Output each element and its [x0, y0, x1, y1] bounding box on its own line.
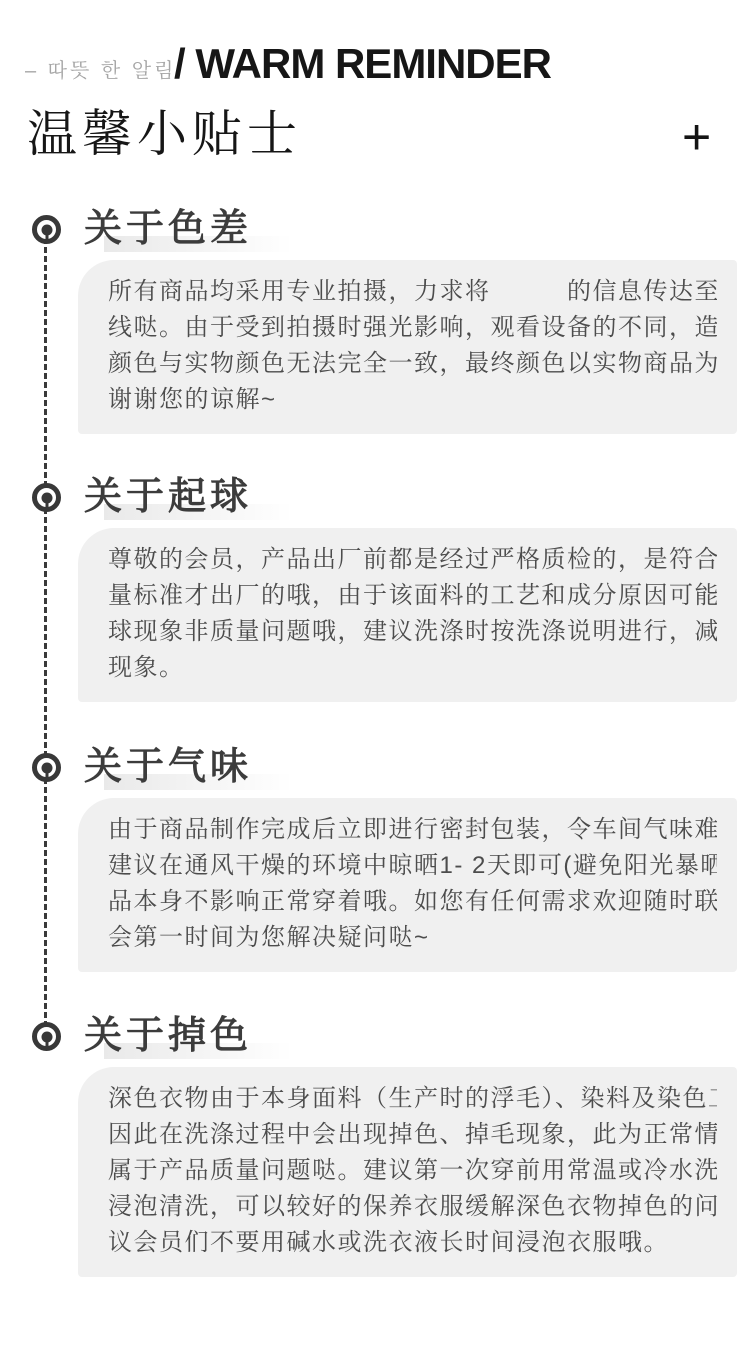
note-line: 谢谢您的谅解~	[108, 382, 717, 418]
section-title: 关于色差	[84, 206, 252, 252]
korean-subtitle: – 따뜻 한 알림	[25, 54, 176, 83]
note-line: 建议在通风干燥的环境中晾晒1- 2天即可(避免阳光暴晒)，产	[108, 848, 717, 884]
note-line: 球现象非质量问题哦，建议洗涤时按洗涤说明进行，减少起球	[108, 614, 717, 650]
note-line: 浸泡清洗，可以较好的保养衣服缓解深色衣物掉色的问题。建	[108, 1189, 717, 1225]
note-line: 深色衣物由于本身面料（生产时的浮毛）、染料及染色工艺，	[108, 1081, 717, 1117]
note-line: 尊敬的会员，产品出厂前都是经过严格质检的，是符合国家质	[108, 542, 717, 578]
note-box: 尊敬的会员，产品出厂前都是经过严格质检的，是符合国家质 量标准才出厂的哦，由于该…	[78, 528, 737, 702]
note-box: 深色衣物由于本身面料（生产时的浮毛）、染料及染色工艺， 因此在洗涤过程中会出现掉…	[78, 1067, 737, 1277]
note-line: 由于商品制作完成后立即进行密封包装，令车间气味难以消散，	[108, 812, 717, 848]
target-bullet-icon	[32, 483, 61, 512]
section-title: 关于起球	[84, 474, 252, 520]
note-line: 会第一时间为您解决疑问哒~	[108, 920, 717, 956]
section-title: 关于气味	[84, 744, 252, 790]
note-line: 因此在洗涤过程中会出现掉色、掉毛现象，此为正常情况，不	[108, 1117, 717, 1153]
note-line: 线哒。由于受到拍摄时强光影响，观看设备的不同，造成图片	[108, 310, 717, 346]
warm-reminder-panel: – 따뜻 한 알림 / WARM REMINDER 温馨小贴士 + 关于色差 所…	[0, 0, 750, 1365]
note-line: 量标准才出厂的哦，由于该面料的工艺和成分原因可能会有起	[108, 578, 717, 614]
target-bullet-icon	[32, 215, 61, 244]
section-title: 关于掉色	[84, 1013, 252, 1059]
note-line: 品本身不影响正常穿着哦。如您有任何需求欢迎随时联系客服，	[108, 884, 717, 920]
page-title: 温馨小贴士	[27, 94, 302, 166]
english-title: / WARM REMINDER	[174, 40, 551, 88]
dashed-timeline-line	[44, 229, 47, 1036]
note-line: 颜色与实物颜色无法完全一致，最终颜色以实物商品为准哦。	[108, 346, 717, 382]
note-box: 由于商品制作完成后立即进行密封包装，令车间气味难以消散， 建议在通风干燥的环境中…	[78, 798, 737, 972]
target-bullet-icon	[32, 1022, 61, 1051]
note-line: 所有商品均采用专业拍摄，力求将 的信息传达至您的视	[108, 274, 717, 310]
note-box: 所有商品均采用专业拍摄，力求将 的信息传达至您的视 线哒。由于受到拍摄时强光影响…	[78, 260, 737, 434]
note-line: 议会员们不要用碱水或洗衣液长时间浸泡衣服哦。	[108, 1225, 717, 1261]
note-line: 属于产品质量问题哒。建议第一次穿前用常温或冷水洗涤盐水	[108, 1153, 717, 1189]
target-bullet-icon	[32, 753, 61, 782]
plus-icon: +	[682, 112, 711, 162]
note-line: 现象。	[108, 650, 717, 686]
